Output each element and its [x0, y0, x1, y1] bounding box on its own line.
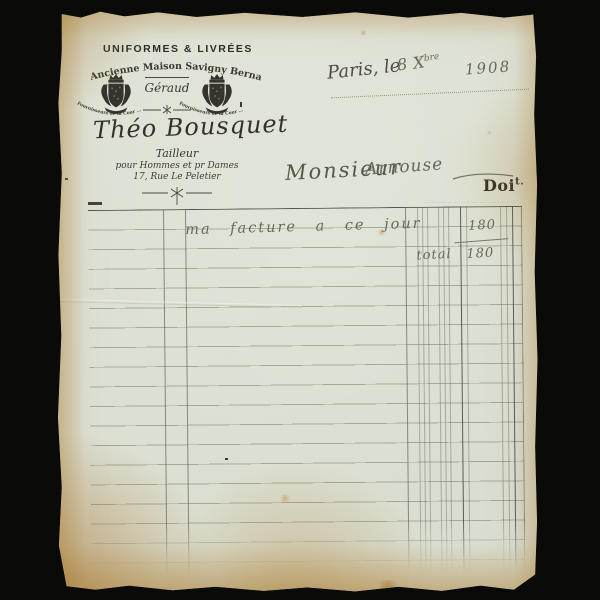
stain [360, 30, 367, 36]
client-name: Arnouse [364, 154, 444, 179]
doit-main: Doi [483, 176, 515, 195]
date-month: Xbre [412, 50, 441, 73]
geraud-name: Géraud [139, 81, 195, 95]
date-month-sup: bre [423, 52, 440, 64]
stain [375, 580, 401, 594]
address-line: 17, Rue Le Peletier [115, 172, 239, 182]
paper-sheet: UNIFORMES & LIVRÉES Ancienne Maison Savi… [57, 10, 538, 592]
ink-speck [65, 178, 68, 180]
doit-sup: t. [515, 177, 524, 188]
stain [487, 130, 492, 135]
clientele-line: pour Hommes et pr Dames [109, 161, 245, 171]
date-day: 8 [396, 54, 409, 74]
entry-amount: 180 [468, 218, 496, 234]
margin-mark [88, 202, 102, 205]
printer-mark: ········································… [425, 200, 515, 205]
total-amount: 180 [466, 246, 494, 262]
doit-label: Doit. [483, 176, 524, 195]
date-year: 1908 [464, 57, 511, 78]
date-dotted-line [331, 89, 529, 99]
profession-line: Tailleur [137, 147, 217, 160]
invoice-table: ma facture a ce jour 180 total 180 [88, 206, 526, 577]
header-divider-ornament-icon [142, 185, 212, 207]
rule-above-geraud [145, 77, 189, 78]
total-label: total [416, 247, 452, 264]
proprietor-name: Théo Bousquet [93, 110, 289, 145]
letterhead-banner: UNIFORMES & LIVRÉES [103, 43, 253, 55]
date-prefix: Paris, le [326, 55, 401, 84]
